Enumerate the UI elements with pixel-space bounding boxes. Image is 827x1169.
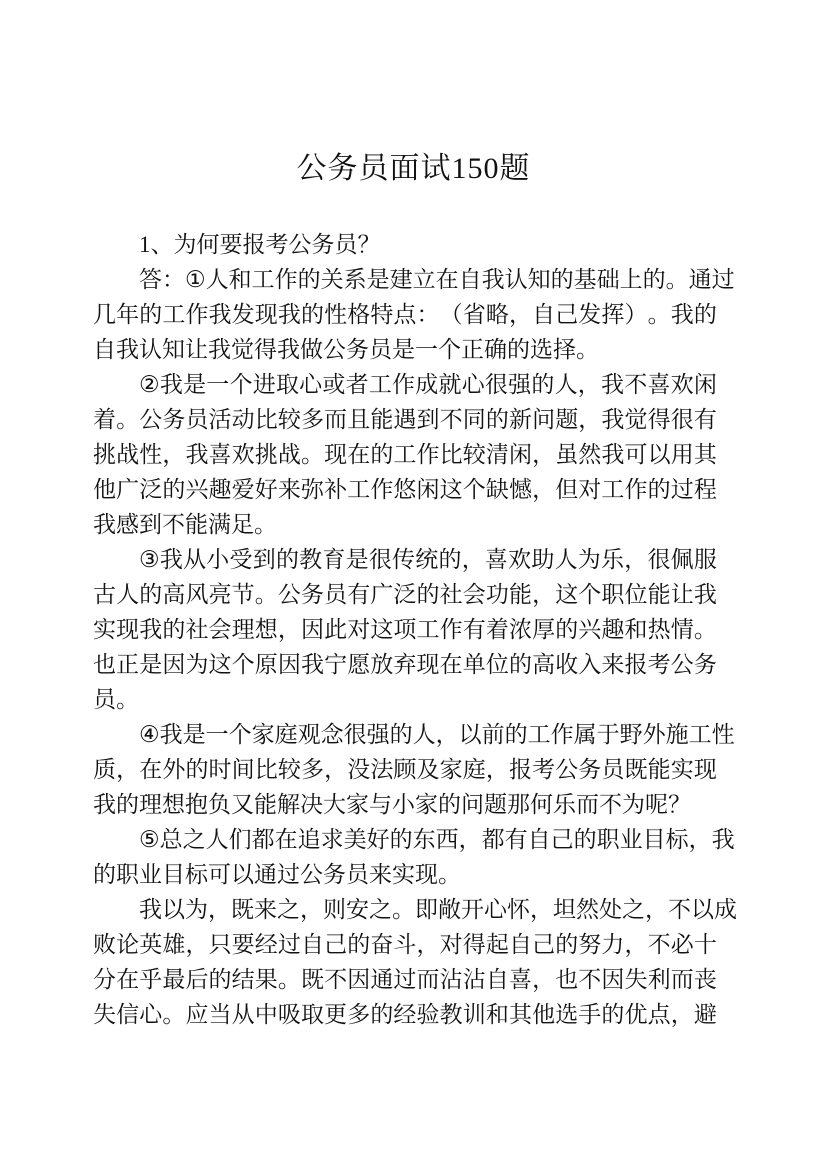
document-page: 公务员面试150题 1、为何要报考公务员？答：①人和工作的关系是建立在自我认知的… (0, 0, 827, 1169)
text-line: 质，在外的时间比较多，没法顾及家庭，报考公务员既能实现 (93, 752, 717, 787)
text-line: ④我是一个家庭观念很强的人，以前的工作属于野外施工性 (93, 717, 717, 752)
text-line: 古人的高风亮节。公务员有广泛的社会功能，这个职位能让我 (93, 577, 717, 612)
text-line: 实现我的社会理想，因此对这项工作有着浓厚的兴趣和热情。 (93, 612, 717, 647)
paragraph: 1、为何要报考公务员？ (93, 227, 717, 262)
text-line: 员。 (93, 682, 717, 717)
text-line: 分在乎最后的结果。既不因通过而沾沾自喜，也不因失利而丧 (93, 962, 717, 997)
paragraph: 我以为，既来之，则安之。即敞开心怀，坦然处之，不以成败论英雄，只要经过自己的奋斗… (93, 892, 717, 1032)
paragraph: ②我是一个进取心或者工作成就心很强的人，我不喜欢闲着。公务员活动比较多而且能遇到… (93, 367, 717, 542)
text-line: 败论英雄，只要经过自己的奋斗，对得起自己的努力，不必十 (93, 927, 717, 962)
paragraph: ④我是一个家庭观念很强的人，以前的工作属于野外施工性质，在外的时间比较多，没法顾… (93, 717, 717, 822)
text-line: 我感到不能满足。 (93, 507, 717, 542)
text-line: 几年的工作我发现我的性格特点：（省略，自己发挥）。我的 (93, 297, 717, 332)
document-body: 1、为何要报考公务员？答：①人和工作的关系是建立在自我认知的基础上的。通过几年的… (93, 227, 717, 1032)
paragraph: ⑤总之人们都在追求美好的东西，都有自己的职业目标，我的职业目标可以通过公务员来实… (93, 822, 717, 892)
text-line: 我的理想抱负又能解决大家与小家的问题那何乐而不为呢？ (93, 787, 717, 822)
text-line: 的职业目标可以通过公务员来实现。 (93, 857, 717, 892)
text-line: 我以为，既来之，则安之。即敞开心怀，坦然处之，不以成 (93, 892, 717, 927)
text-line: ②我是一个进取心或者工作成就心很强的人，我不喜欢闲 (93, 367, 717, 402)
paragraph: 答：①人和工作的关系是建立在自我认知的基础上的。通过几年的工作我发现我的性格特点… (93, 262, 717, 367)
text-line: 他广泛的兴趣爱好来弥补工作悠闲这个缺憾，但对工作的过程 (93, 472, 717, 507)
text-line: ⑤总之人们都在追求美好的东西，都有自己的职业目标，我 (93, 822, 717, 857)
text-line: 也正是因为这个原因我宁愿放弃现在单位的高收入来报考公务 (93, 647, 717, 682)
text-line: 答：①人和工作的关系是建立在自我认知的基础上的。通过 (93, 262, 717, 297)
text-line: ③我从小受到的教育是很传统的，喜欢助人为乐，很佩服 (93, 542, 717, 577)
text-line: 自我认知让我觉得我做公务员是一个正确的选择。 (93, 332, 717, 367)
text-line: 挑战性，我喜欢挑战。现在的工作比较清闲，虽然我可以用其 (93, 437, 717, 472)
paragraph: ③我从小受到的教育是很传统的，喜欢助人为乐，很佩服古人的高风亮节。公务员有广泛的… (93, 542, 717, 717)
document-title: 公务员面试150题 (0, 151, 827, 187)
text-line: 着。公务员活动比较多而且能遇到不同的新问题，我觉得很有 (93, 402, 717, 437)
text-line: 1、为何要报考公务员？ (93, 227, 717, 262)
text-line: 失信心。应当从中吸取更多的经验教训和其他选手的优点，避 (93, 997, 717, 1032)
